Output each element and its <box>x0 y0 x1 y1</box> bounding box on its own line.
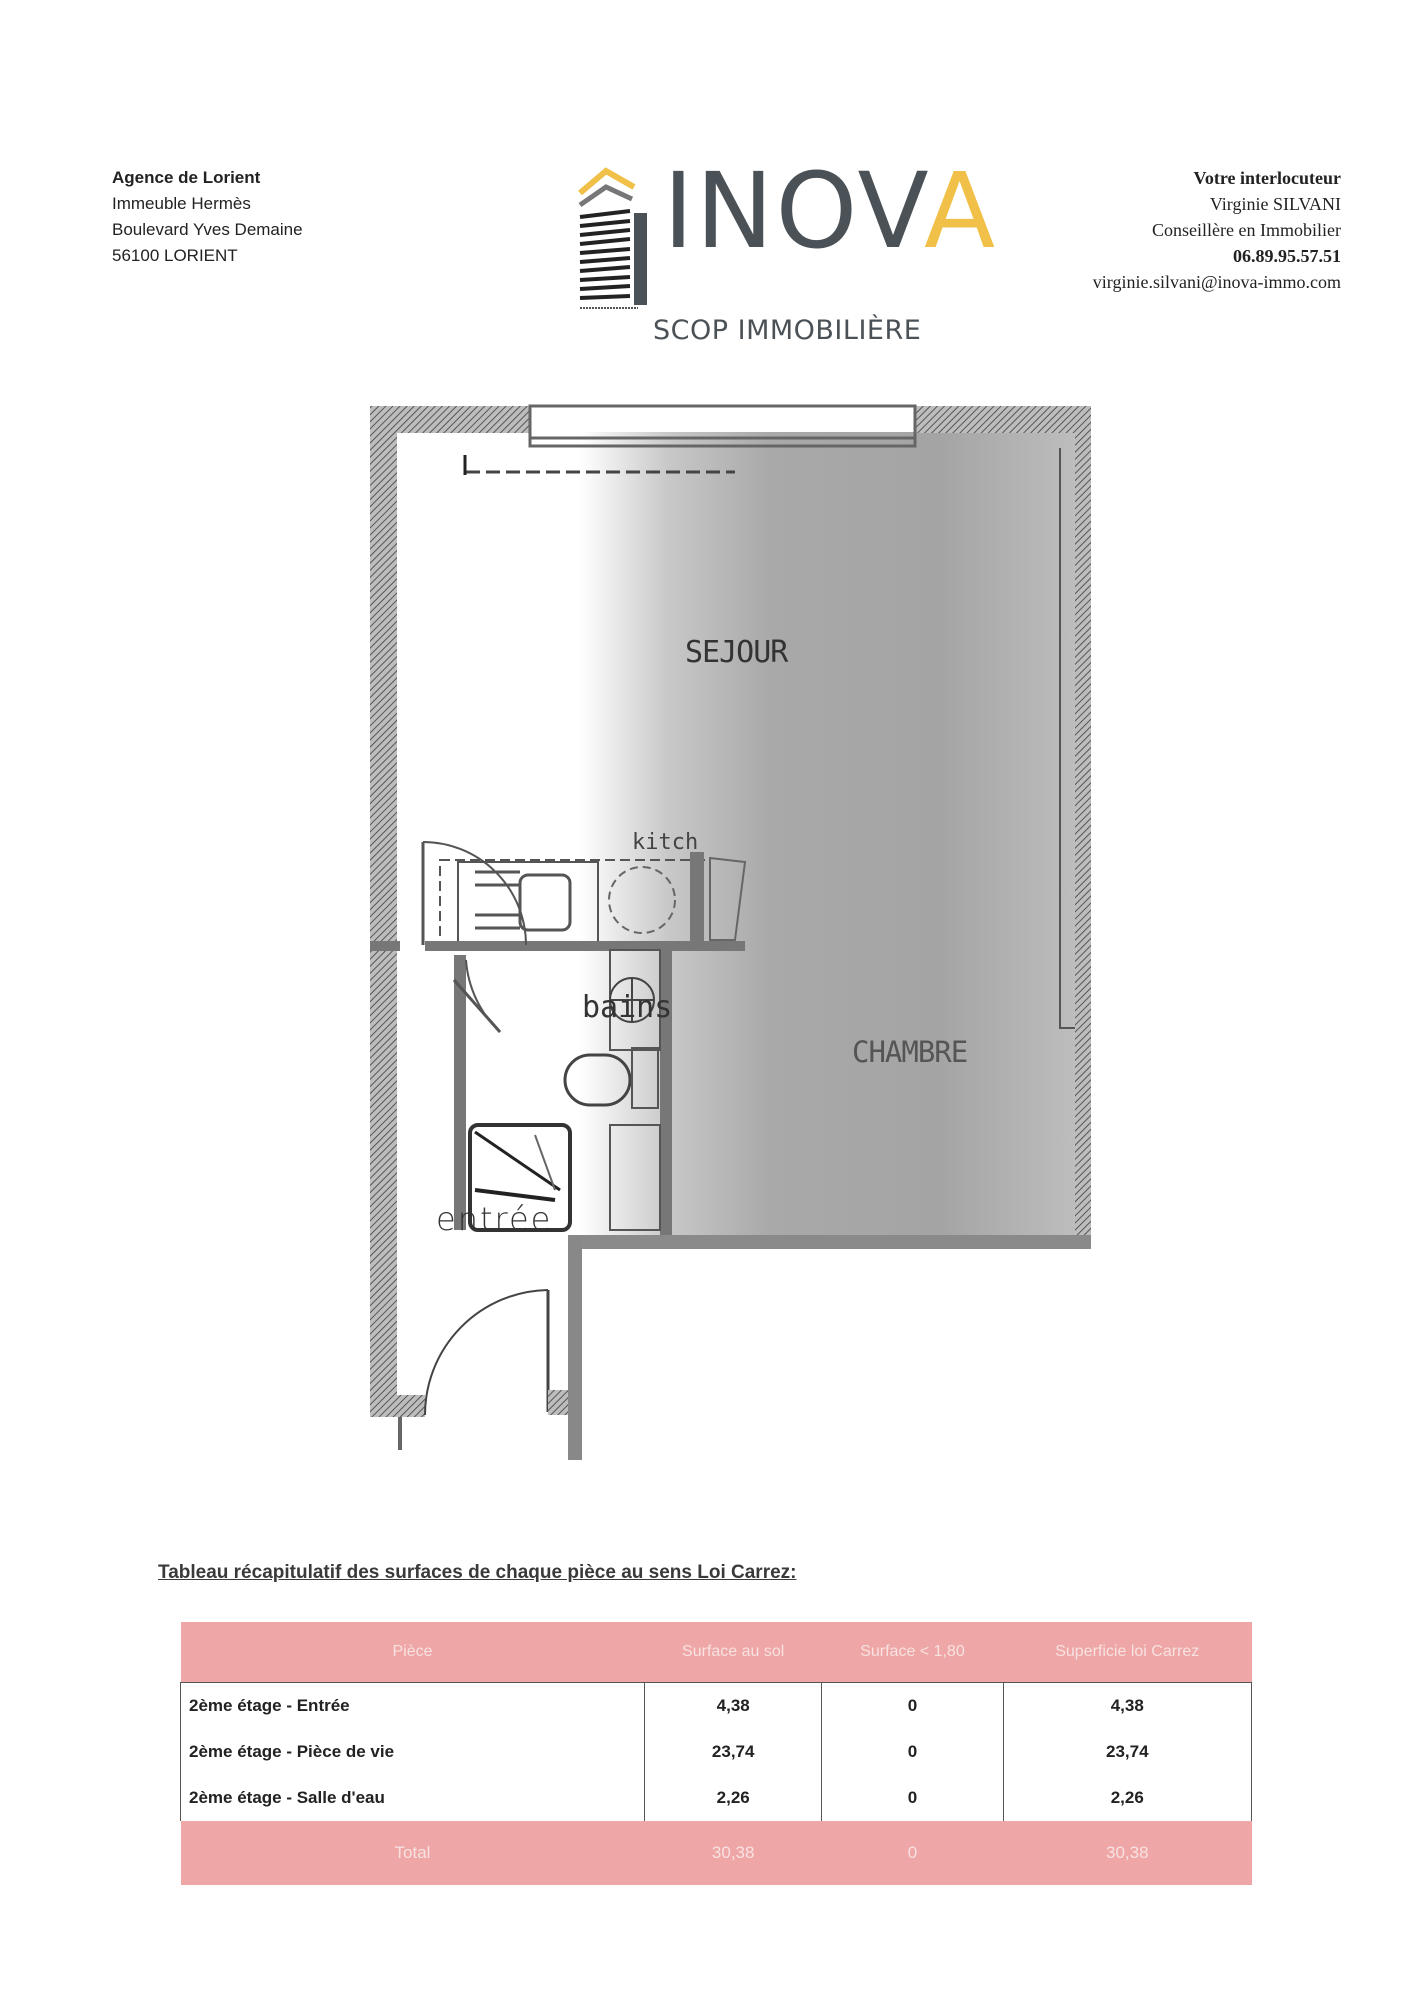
agency-street: Boulevard Yves Demaine <box>112 217 303 243</box>
cell-piece: 2ème étage - Entrée <box>181 1683 645 1730</box>
contact-phone: 06.89.95.57.51 <box>1093 243 1341 269</box>
agency-address: Agence de Lorient Immeuble Hermès Boulev… <box>112 165 303 269</box>
room-label-entree: entrée <box>436 1200 552 1238</box>
total-surface-180: 0 <box>822 1821 1003 1885</box>
summary-title: Tableau récapitulatif des surfaces de ch… <box>158 1562 797 1584</box>
agency-name: Agence de Lorient <box>112 165 303 191</box>
contact-block: Votre interlocuteur Virginie SILVANI Con… <box>1093 165 1341 295</box>
cell-carrez: 23,74 <box>1003 1729 1251 1775</box>
agency-city: 56100 LORIENT <box>112 243 303 269</box>
inova-logo: INOVA SCOP IMMOBILIÈRE <box>578 165 998 355</box>
floor-plan: SEJOUR kitch bains CHAMBRE entrée <box>370 400 1110 1470</box>
table-row: 2ème étage - Entrée 4,38 0 4,38 <box>181 1683 1252 1730</box>
contact-role: Conseillère en Immobilier <box>1093 217 1341 243</box>
room-label-kitchen: kitch <box>632 830 698 855</box>
col-piece: Pièce <box>181 1622 645 1683</box>
room-label-bains: bains <box>582 990 672 1025</box>
col-surface-180: Surface < 1,80 <box>822 1622 1003 1683</box>
table-row: 2ème étage - Salle d'eau 2,26 0 2,26 <box>181 1775 1252 1821</box>
contact-title: Votre interlocuteur <box>1093 165 1341 191</box>
cell-piece: 2ème étage - Pièce de vie <box>181 1729 645 1775</box>
room-label-chambre: CHAMBRE <box>852 1035 967 1069</box>
contact-name: Virginie SILVANI <box>1093 191 1341 217</box>
wall-left <box>370 406 397 1406</box>
contact-email: virginie.silvani@inova-immo.com <box>1093 269 1341 295</box>
building-icon <box>578 165 658 315</box>
cell-carrez: 4,38 <box>1003 1683 1251 1730</box>
cell-surface-sol: 4,38 <box>645 1683 822 1730</box>
logo-wordmark: INOVA <box>663 159 997 263</box>
table-total-row: Total 30,38 0 30,38 <box>181 1821 1252 1885</box>
agency-building: Immeuble Hermès <box>112 191 303 217</box>
total-surface-sol: 30,38 <box>645 1821 822 1885</box>
cell-surface-sol: 2,26 <box>645 1775 822 1821</box>
total-carrez: 30,38 <box>1003 1821 1251 1885</box>
cell-surface-180: 0 <box>822 1775 1003 1821</box>
table-header: Pièce Surface au sol Surface < 1,80 Supe… <box>181 1622 1252 1683</box>
cell-carrez: 2,26 <box>1003 1775 1251 1821</box>
cell-surface-sol: 23,74 <box>645 1729 822 1775</box>
table-row: 2ème étage - Pièce de vie 23,74 0 23,74 <box>181 1729 1252 1775</box>
carrez-table: Pièce Surface au sol Surface < 1,80 Supe… <box>180 1622 1252 1885</box>
total-label: Total <box>181 1821 645 1885</box>
wall-right <box>1075 406 1091 1249</box>
wall-top-right <box>915 406 1090 433</box>
cell-piece: 2ème étage - Salle d'eau <box>181 1775 645 1821</box>
cell-surface-180: 0 <box>822 1729 1003 1775</box>
cell-surface-180: 0 <box>822 1683 1003 1730</box>
room-label-sejour: SEJOUR <box>685 635 787 670</box>
logo-subtitle: SCOP IMMOBILIÈRE <box>653 315 921 346</box>
wall-top-left <box>370 406 530 433</box>
col-carrez: Superficie loi Carrez <box>1003 1622 1251 1683</box>
col-surface-sol: Surface au sol <box>645 1622 822 1683</box>
